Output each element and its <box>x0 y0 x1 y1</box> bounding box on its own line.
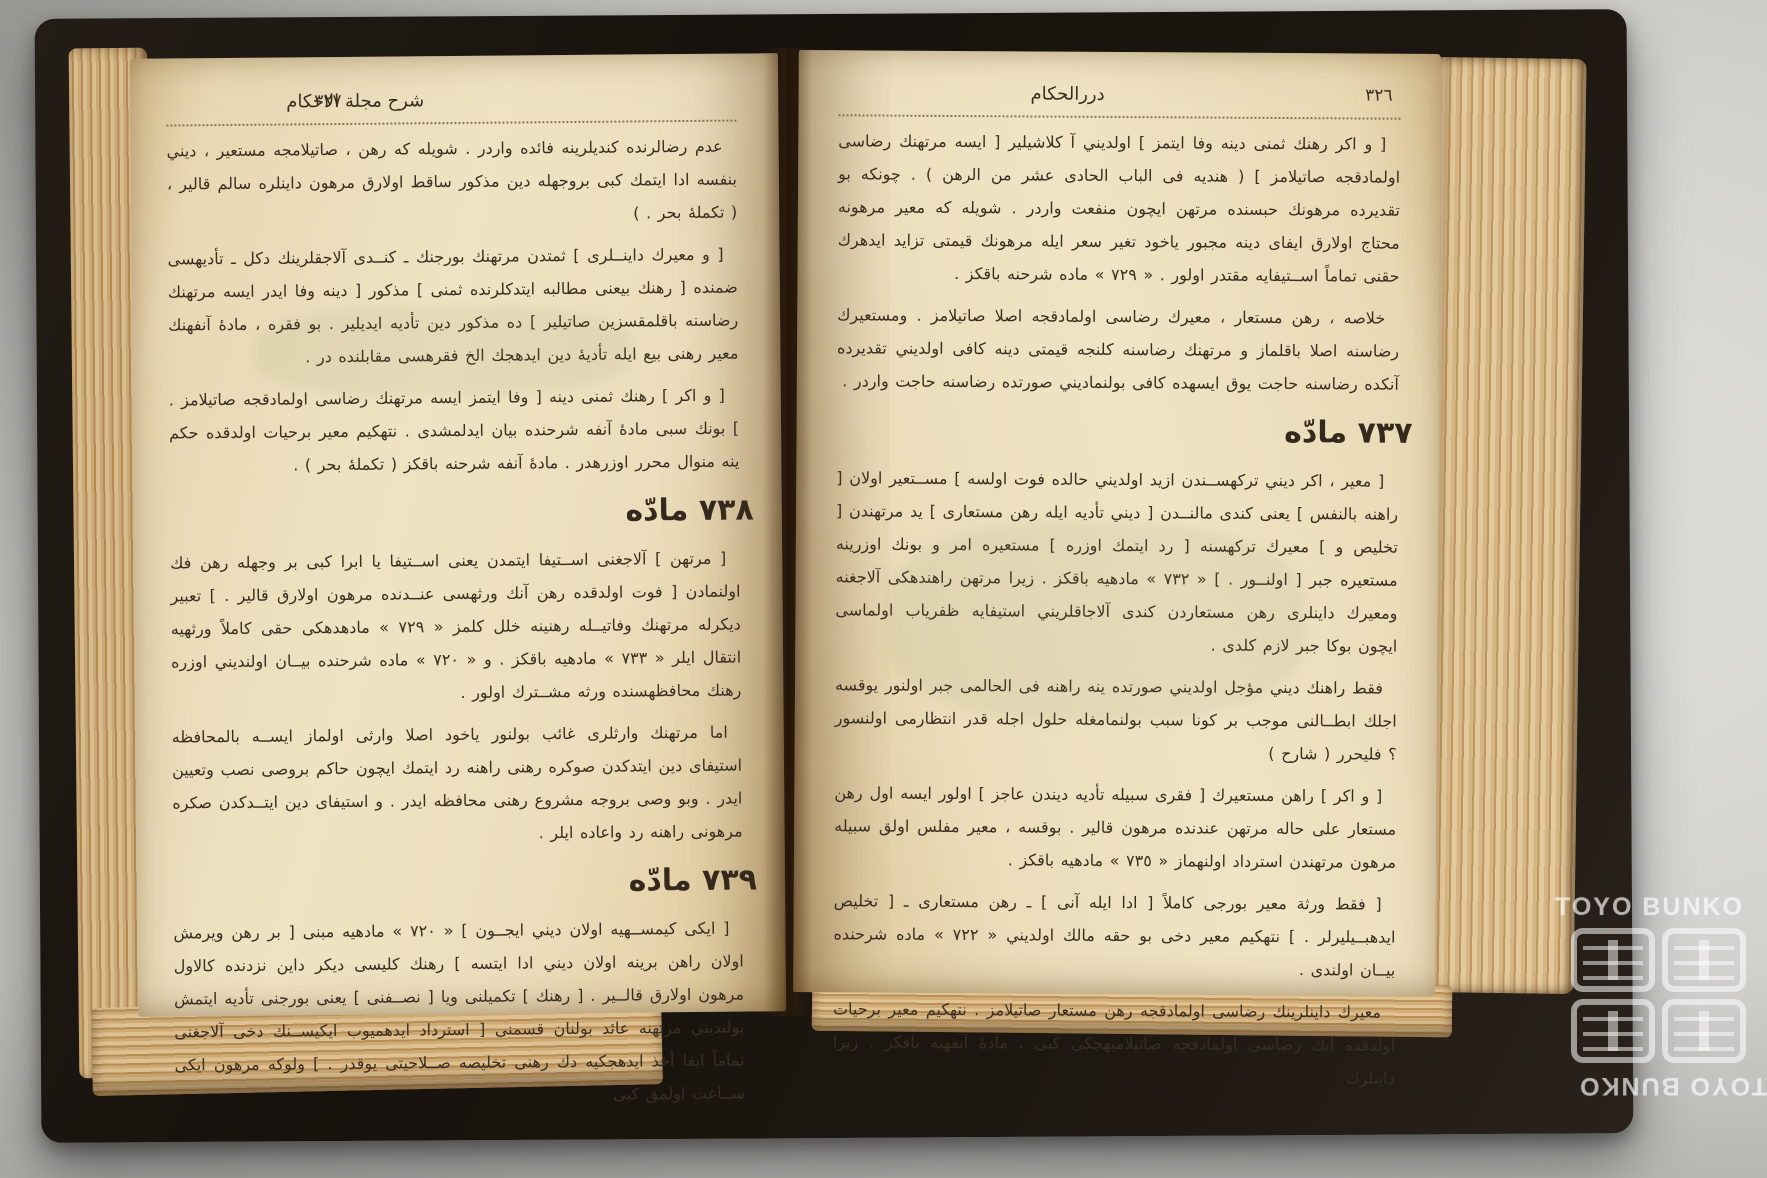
body-paragraph: [ مرتهن ] آلاجغنى اســتيفا ايتمدن يعنى ا… <box>170 542 741 712</box>
page-number: ٣٢٧ <box>314 85 342 118</box>
left-page: شرح مجلة الاحكام ٣٢٧ عدم رضالرنده كنديلر… <box>130 53 786 1017</box>
page-title: دررالحكام <box>787 76 1349 112</box>
page-number: ٣٢٦ <box>1365 80 1393 113</box>
body-paragraph: [ و اكر رهنك ثمنى دينه وفا ايتمز ] اولدي… <box>837 124 1400 292</box>
body-paragraph: فقط راهنك ديني مؤجل اولديني صورتده ينه ر… <box>835 668 1398 770</box>
body-paragraph: [ ايكى كيمســهيه اولان ديني ايجــون ] « … <box>173 912 745 1115</box>
page-title: شرح مجلة الاحكام <box>70 82 640 120</box>
seal-cell <box>1662 928 1746 992</box>
page-body: [ و اكر رهنك ثمنى دينه وفا ايتمز ] اولدي… <box>833 124 1401 1094</box>
body-paragraph: [ و اكر ] رهنك ثمنى دينه [ وفا ايتمز ايس… <box>169 379 740 483</box>
book-photograph: دررالحكام ٣٢٦ [ و اكر رهنك ثمنى دينه وفا… <box>0 0 1767 1178</box>
seal-cell <box>1662 999 1746 1063</box>
page-header: دررالحكام ٣٢٦ <box>838 72 1400 117</box>
body-paragraph: اما مرتهنك وارثلرى غائب بولنور ياخود اصل… <box>172 716 743 853</box>
body-paragraph: عدم رضالرنده كنديلرينه فائده واردر . شوي… <box>166 130 737 234</box>
madde-heading: ٧٣٨ مادّه <box>170 487 754 538</box>
madde-heading: ٧٣٩ مادّه <box>173 857 757 908</box>
body-paragraph: [ و اكر ] راهن مستعيرك [ فقرى سبيله تأدي… <box>834 776 1397 878</box>
body-paragraph: معيرك داينلرينك رضاسى اولمادقجه رهن مستع… <box>833 992 1396 1094</box>
body-paragraph: [ فقط ورثة معير بورجى كاملاً [ ادا ايله … <box>833 884 1396 986</box>
madde-heading: ٧٣٧ مادّه <box>836 407 1412 457</box>
body-paragraph: خلاصه ، رهن مستعار ، معيرك رضاسى اولمادق… <box>837 298 1400 400</box>
page-header: شرح مجلة الاحكام ٣٢٧ <box>166 78 736 125</box>
body-paragraph: [ و معيرك داينــلرى ] ثمتدن مرتهنك بورجن… <box>167 238 738 375</box>
body-paragraph: [ معير ، اكر ديني تركهســندن ازيد اولدين… <box>835 461 1398 662</box>
page-body: عدم رضالرنده كنديلرينه فائده واردر . شوي… <box>166 130 745 1115</box>
right-page: دررالحكام ٣٢٦ [ و اكر رهنك ثمنى دينه وفا… <box>793 50 1441 996</box>
